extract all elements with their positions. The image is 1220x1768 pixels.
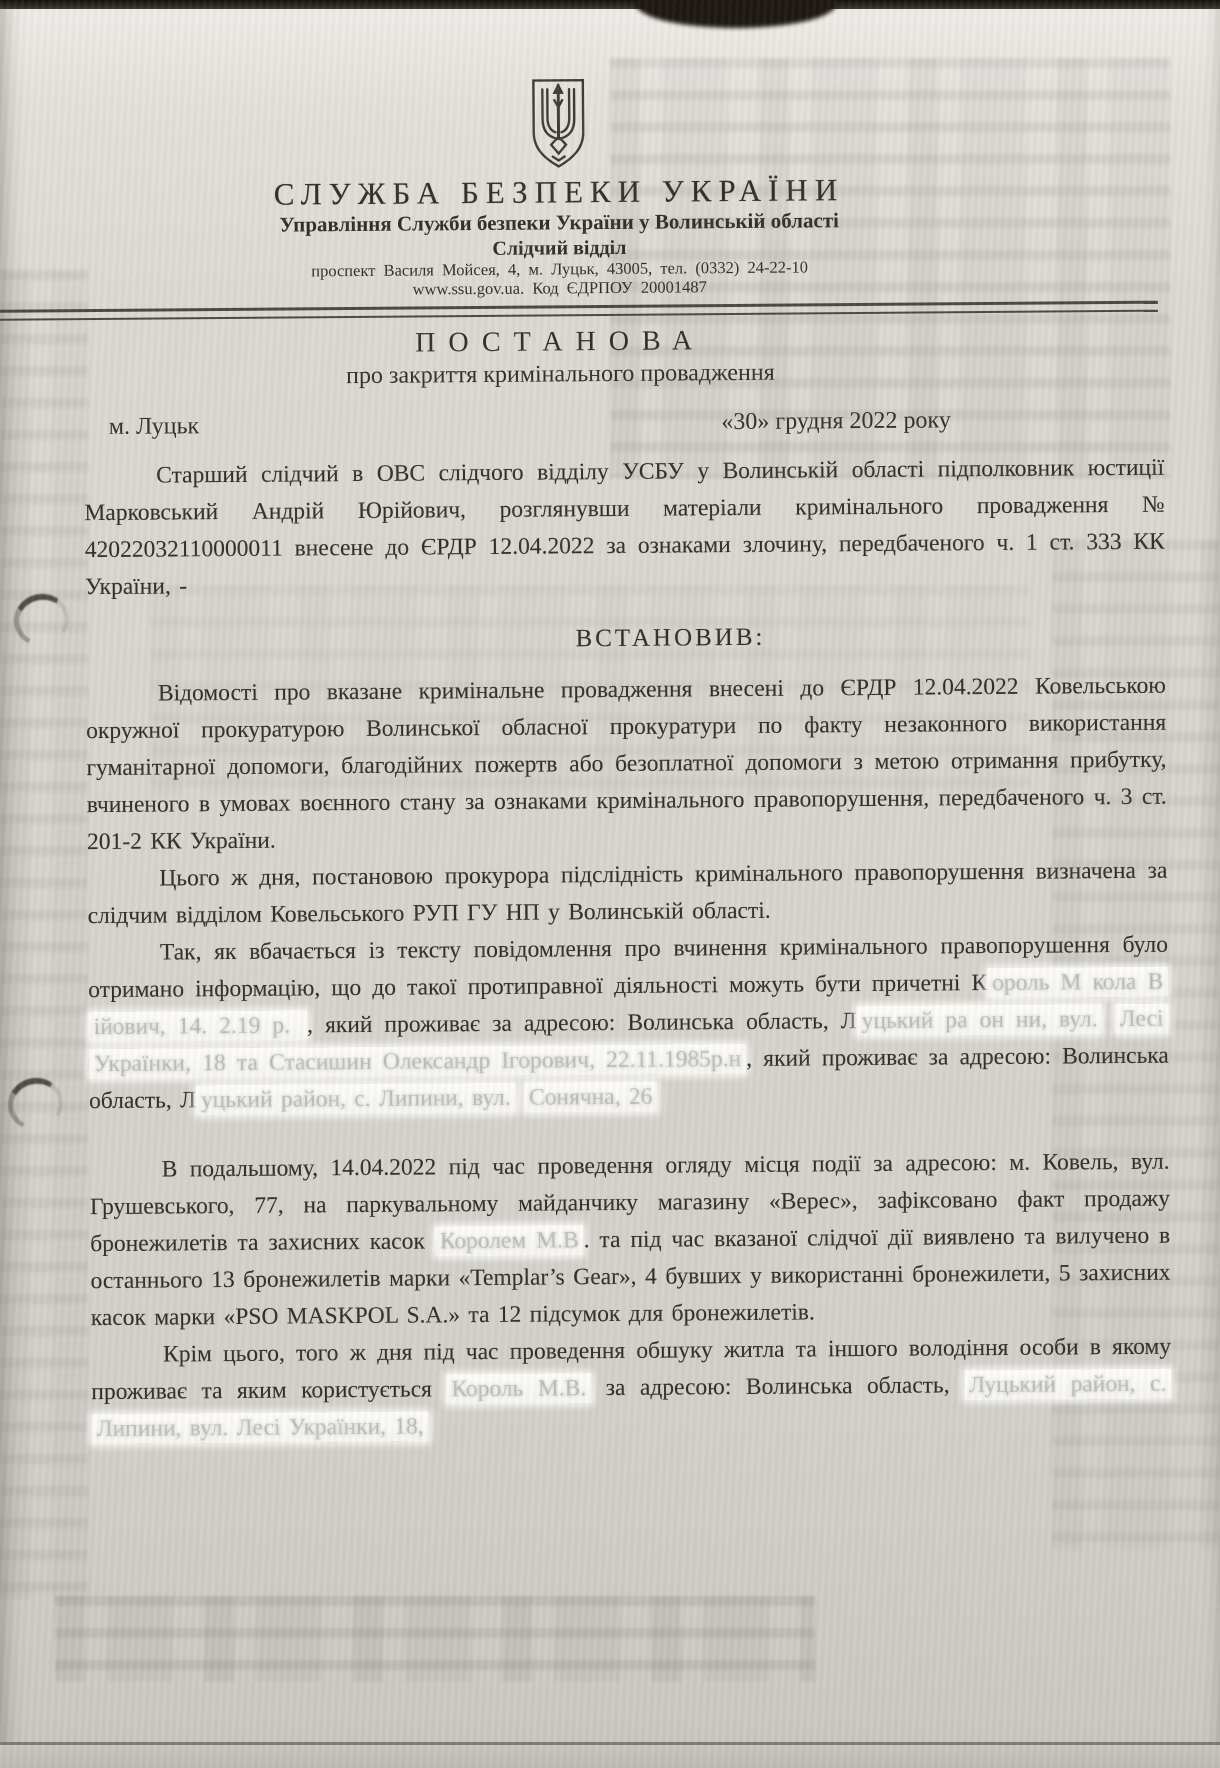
- date-label: «30» грудня 2022 року: [721, 405, 951, 437]
- document-subtitle: про закриття кримінального провадження: [83, 355, 1037, 394]
- body-paragraph-redacted: В подальшому, 14.04.2022 під час проведе…: [89, 1144, 1170, 1337]
- established-heading: ВСТАНОВИВ:: [170, 620, 1170, 658]
- intro-paragraph: Старший слідчий в ОВС слідчого відділу У…: [84, 450, 1165, 606]
- text-segment: [516, 1085, 525, 1111]
- document-content: СЛУЖБА БЕЗПЕКИ УКРАЇНИ Управління Служби…: [0, 0, 1220, 1449]
- ukraine-trident-emblem-icon: [528, 76, 589, 170]
- body-paragraph-redacted: Так, як вбачається із тексту повідомленн…: [88, 927, 1169, 1120]
- text-segment: [1103, 1006, 1115, 1032]
- body-paragraph: Цього ж дня, постановою прокурора підслі…: [87, 853, 1168, 935]
- scan-bottom-strip: [0, 1745, 1220, 1768]
- title-block: ПОСТАНОВА про закриття кримінального про…: [83, 323, 1037, 394]
- document-body: м. Луцьк «30» грудня 2022 року Старший с…: [0, 403, 1220, 1449]
- redaction-box: Король М.В.: [446, 1373, 591, 1404]
- redaction-box: уцький ра он ни, вул.: [857, 1004, 1103, 1036]
- place-label: м. Луцьк: [109, 411, 200, 442]
- place-date-row: м. Луцьк «30» грудня 2022 року: [84, 404, 1164, 442]
- body-paragraph: Відомості про вказане кримінальне провад…: [86, 668, 1167, 861]
- text-segment: за адресою: Волинська область,: [591, 1372, 964, 1401]
- scanned-document-page: СЛУЖБА БЕЗПЕКИ УКРАЇНИ Управління Служби…: [0, 0, 1220, 1768]
- bleedthrough-ghost-text: [55, 1596, 815, 1682]
- body-paragraph-redacted: Крім цього, того ж дня під час проведенн…: [91, 1329, 1172, 1448]
- text-segment: , який проживає за адресою: Волинська об…: [307, 1008, 857, 1038]
- redaction-box: Королем М.В: [435, 1225, 584, 1256]
- letterhead: СЛУЖБА БЕЗПЕКИ УКРАЇНИ Управління Служби…: [81, 73, 1037, 301]
- redaction-box: Сонячна, 26: [524, 1082, 658, 1113]
- redaction-box: уцький район, с. Липини, вул.: [196, 1083, 516, 1116]
- letterhead-divider: [0, 301, 1158, 321]
